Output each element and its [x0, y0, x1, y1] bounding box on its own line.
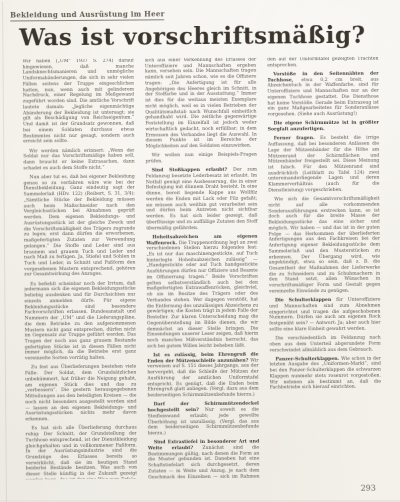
paragraph: Es befiehlt scheinbar noch der Irrtum, d…: [24, 281, 136, 362]
paragraph: Vorstöße in den Seitennähten der Tuchhos…: [267, 72, 379, 119]
paragraph: Zu fest aus Überlieferungen bestehen vie…: [25, 365, 137, 423]
paragraph-lead: Ferner fragen.: [274, 136, 320, 141]
paragraph: Wir werden nämlich erinnert: „Wenn der S…: [23, 148, 135, 172]
paragraph: sich aus einer Verkennung des Erlasses d…: [145, 58, 257, 151]
paragraph: Darf der Schirmmützendeckel hochgestellt…: [148, 402, 260, 437]
page-edge-line: [2, 2, 7, 500]
paragraph: den auf der Uniformtafel gezeigten Trach…: [267, 57, 378, 69]
paragraph: Sind Extrastiefel in besonderer Art und …: [148, 440, 260, 479]
paragraph-lead: Darf der Schirmmützendeckel hochgestellt…: [148, 402, 259, 414]
page-content: Bekleidung und Ausrüstung im Heer Was is…: [0, 0, 400, 500]
paragraph-lead: Sind Stoßkappen erlaubt?: [152, 168, 233, 174]
paragraph: Sind Stoßkappen erlaubt? Der zum Feldanz…: [146, 168, 258, 232]
paragraph-lead: Vorstöße in den Seitennähten der Tuchhos…: [267, 72, 378, 84]
paragraph: Ferner fragen. Es besteht die irrige Auf…: [268, 136, 380, 194]
paragraph: Ist es zulässig, beim Ehrengruß die Ende…: [147, 353, 259, 400]
paragraph-lead: Die Schulterklappen: [275, 298, 336, 303]
paragraph: Nun aber tut es, daß bei eigener Bekleid…: [23, 174, 135, 278]
paragraph: Die verschiedentlich im Feldanzug nach o…: [269, 336, 380, 354]
article-title: Was ist vorschriftsmäßig?: [0, 22, 386, 52]
running-head: Bekleidung und Ausrüstung im Heer: [10, 9, 165, 21]
paragraph: Panzer-Schulterklappen. Wie schon in der…: [270, 356, 382, 391]
paragraph-lead: Die eigene Schirmmütze ist in größter So…: [268, 121, 379, 133]
paragraph-lead: Hoheitsabzeichen am eigenen Waffenrock.: [146, 234, 257, 246]
paragraph: Hoheitsabzeichen am eigenen Waffenrock. …: [146, 234, 258, 350]
paragraph-lead: Panzer-Schulterklappen.: [276, 357, 342, 363]
paragraph: Wir haben („UM“ 1937 S. 274) darauf hing…: [22, 59, 134, 146]
paragraph: Die Schulterklappen für Unteroffiziere u…: [269, 298, 381, 333]
paragraph: Wir wollen nun einige Beispiels-Fragen p…: [146, 153, 257, 165]
scanned-page: Bekleidung und Ausrüstung im Heer Was is…: [0, 0, 400, 500]
text-column-2: sich aus einer Verkennung des Erlasses d…: [145, 58, 260, 479]
page-number: 293: [361, 484, 376, 493]
paragraph-lead: Ist es zulässig, beim Ehrengruß die Ende…: [147, 353, 258, 365]
paragraph-lead: Sind Extrastiefel in besonderer Art und …: [148, 440, 259, 452]
paragraph: Wie sich die Gesamtvorschriftsmäßigkeit …: [268, 197, 380, 295]
paragraph: Es hat sich alle Überlieferung durchaus …: [25, 426, 137, 480]
text-columns: Wir haben („UM“ 1937 S. 274) darauf hing…: [22, 57, 381, 480]
text-column-3: den auf der Uniformtafel gezeigten Trach…: [267, 57, 382, 478]
paragraph: Die eigene Schirmmütze ist in größter So…: [268, 121, 379, 133]
text-column-1: Wir haben („UM“ 1937 S. 274) darauf hing…: [22, 59, 137, 480]
